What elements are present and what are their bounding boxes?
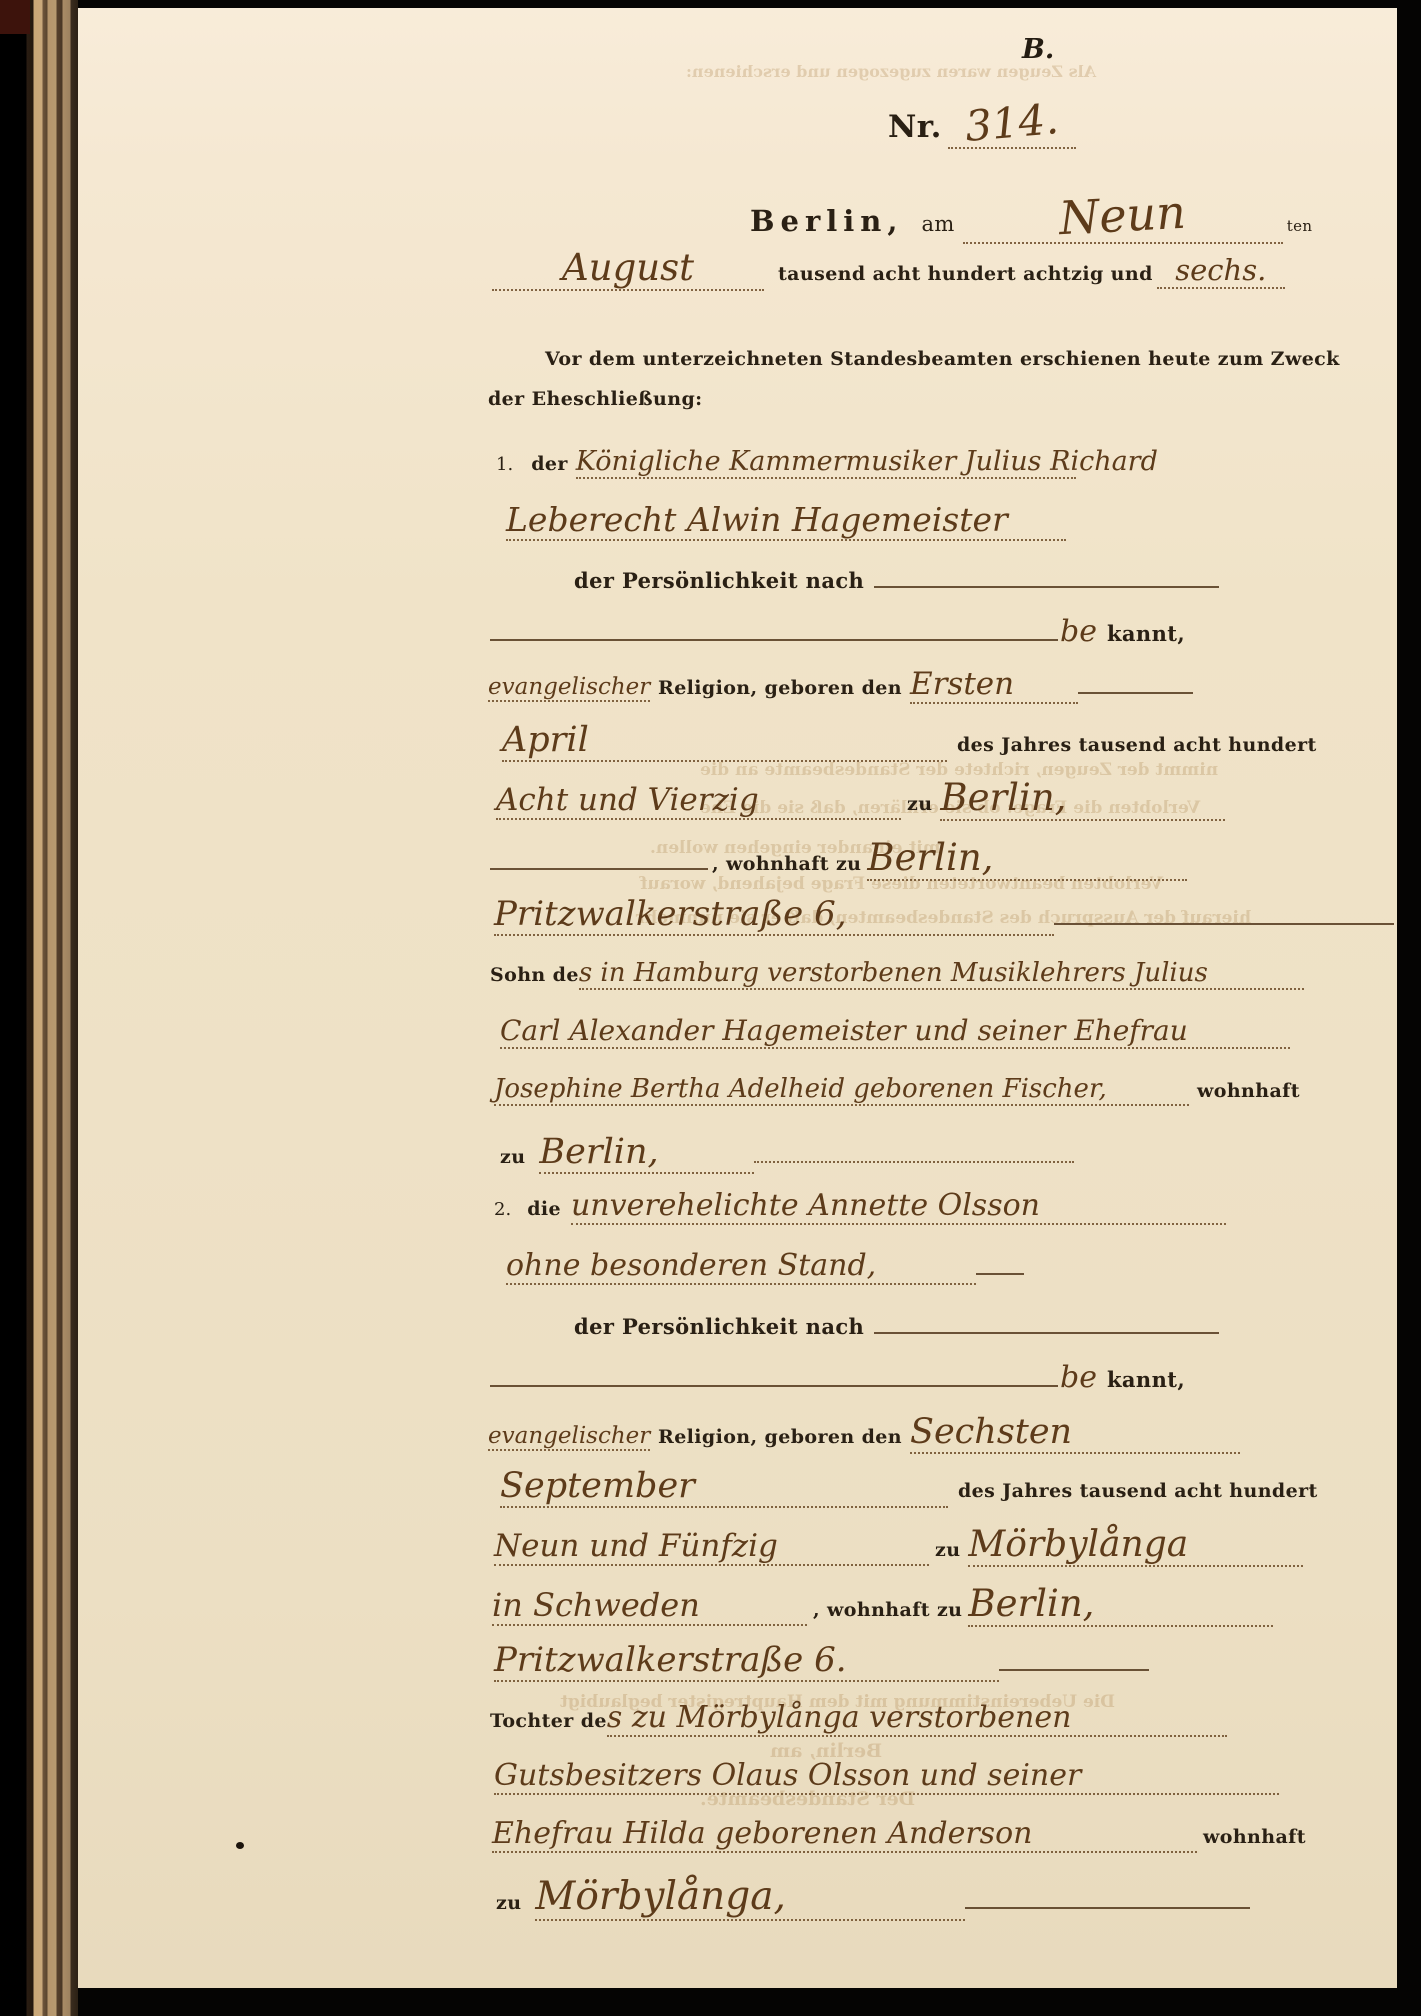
blank-line bbox=[1078, 691, 1193, 694]
blank-line bbox=[490, 638, 1058, 641]
month-value: August bbox=[562, 246, 694, 289]
bride-street: Pritzwalkerstraße 6. bbox=[494, 1640, 847, 1680]
bride-parents2: Gutsbesitzers Olaus Olsson und seiner bbox=[494, 1758, 1081, 1793]
bride-names2-field: ohne besonderen Stand, bbox=[506, 1248, 976, 1285]
day-value: Neun bbox=[1058, 185, 1187, 246]
record-number-value: 314. bbox=[963, 94, 1060, 151]
groom-birth-place: Berlin, bbox=[940, 776, 1066, 819]
groom-birthmonth-field: April bbox=[502, 720, 947, 762]
groom-birth-day: Ersten bbox=[910, 666, 1014, 702]
record-number-row: Nr. 314. bbox=[888, 98, 1076, 149]
bride-birthday-field: Sechsten bbox=[910, 1412, 1240, 1454]
bride-parents3-field: Ehefrau Hilda geborenen Anderson bbox=[492, 1816, 1197, 1853]
bride-parents1-field: s zu Mörbylånga verstorbenen bbox=[607, 1700, 1227, 1737]
groom-parents1-field: s in Hamburg verstorbenen Musiklehrers J… bbox=[579, 958, 1304, 990]
bride-street-field: Pritzwalkerstraße 6. bbox=[494, 1640, 999, 1682]
groom-birthmonth-row: April des Jahres tausend acht hundert bbox=[502, 720, 1317, 762]
bride-parents-residence: Mörbylånga, bbox=[535, 1874, 786, 1919]
day-field: Neun bbox=[963, 188, 1283, 244]
groom-street-row: Pritzwalkerstraße 6, bbox=[494, 894, 1394, 936]
record-number-field: 314. bbox=[948, 98, 1076, 149]
bride-birthplace-field: Mörbylånga bbox=[968, 1524, 1303, 1567]
groom-religion-row: evangelischer Religion, geboren den Erst… bbox=[488, 666, 1193, 704]
bride-zu-label: zu bbox=[935, 1539, 960, 1561]
date-city-row: Berlin, am Neun ten bbox=[750, 188, 1312, 244]
groom-birthyear-field: Acht und Vierzig bbox=[496, 782, 901, 820]
groom-residence: Berlin, bbox=[867, 836, 993, 879]
bride-residence: Berlin, bbox=[968, 1582, 1094, 1625]
bride-religion-row: evangelischer Religion, geboren den Sech… bbox=[488, 1412, 1240, 1454]
groom-street: Pritzwalkerstraße 6, bbox=[494, 894, 847, 934]
bride-bekannt-row: be kannt, bbox=[490, 1360, 1185, 1395]
bride-identity-row: der Persönlichkeit nach bbox=[574, 1314, 1219, 1339]
groom-parents-row-2: Carl Alexander Hagemeister und seiner Eh… bbox=[500, 1014, 1290, 1049]
bride-zu2-label: zu bbox=[496, 1892, 521, 1914]
groom-names2-field: Leberecht Alwin Hagemeister bbox=[506, 500, 1066, 541]
groom-religion-label: Religion, geboren den bbox=[658, 677, 902, 699]
bride-religion-label: Religion, geboren den bbox=[658, 1426, 902, 1448]
month-field: August bbox=[492, 246, 764, 291]
groom-wohnhaft-label: , wohnhaft zu bbox=[712, 853, 861, 875]
bride-birth-month: September bbox=[500, 1466, 695, 1506]
bride-wohnhaft-label: , wohnhaft zu bbox=[813, 1599, 962, 1621]
groom-zu-label: zu bbox=[907, 793, 932, 815]
bride-birthyear-row: Neun und Fünfzig zu Mörbylånga bbox=[494, 1524, 1303, 1567]
year-value: sechs. bbox=[1175, 253, 1266, 287]
blank-line bbox=[999, 1668, 1149, 1671]
blank-line bbox=[754, 1160, 1074, 1163]
groom-article: der bbox=[531, 453, 568, 475]
groom-zu2-label: zu bbox=[500, 1146, 525, 1168]
groom-birthyear-row: Acht und Vierzig zu Berlin, bbox=[496, 776, 1225, 821]
groom-birthday-field: Ersten bbox=[910, 666, 1078, 704]
groom-index: 1. bbox=[496, 454, 513, 475]
groom-names2: Leberecht Alwin Hagemeister bbox=[506, 500, 1008, 539]
blank-line bbox=[490, 1384, 1058, 1387]
bride-birthmonth-row: September des Jahres tausend acht hunder… bbox=[500, 1466, 1318, 1508]
bride-article: die bbox=[527, 1198, 561, 1220]
city-label: Berlin, bbox=[750, 204, 903, 238]
day-suffix: ten bbox=[1287, 217, 1313, 235]
bride-parents-row-3: Ehefrau Hilda geborenen Anderson wohnhaf… bbox=[492, 1816, 1306, 1853]
groom-parents2: Carl Alexander Hagemeister und seiner Eh… bbox=[500, 1014, 1188, 1047]
groom-title-field: Königliche Kammermusiker Julius Richard bbox=[576, 446, 1076, 479]
groom-birthplace-field: Berlin, bbox=[940, 776, 1225, 821]
bride-title-names: unverehelichte Annette Olsson bbox=[571, 1188, 1040, 1223]
groom-identity-label: der Persönlichkeit nach bbox=[574, 568, 864, 593]
bride-street-row: Pritzwalkerstraße 6. bbox=[494, 1640, 1149, 1682]
book-spine-corner bbox=[0, 0, 30, 34]
am-label: am bbox=[921, 212, 954, 236]
groom-religion: evangelischer bbox=[488, 674, 650, 700]
bride-index: 2. bbox=[494, 1199, 511, 1220]
groom-parents-row-1: Sohn de s in Hamburg verstorbenen Musikl… bbox=[490, 958, 1304, 990]
groom-religion-field: evangelischer bbox=[488, 674, 650, 702]
groom-parents3-field: Josephine Bertha Adelheid geborenen Fisc… bbox=[494, 1074, 1189, 1106]
groom-year-label: des Jahres tausend acht hundert bbox=[957, 734, 1317, 756]
groom-be: be bbox=[1060, 614, 1097, 649]
bride-parents3: Ehefrau Hilda geborenen Anderson bbox=[492, 1816, 1032, 1851]
blank-line bbox=[976, 1272, 1024, 1275]
groom-kannt: kannt, bbox=[1107, 621, 1185, 646]
intro-text-1: Vor dem unterzeichneten Standesbeamten e… bbox=[545, 348, 1340, 370]
groom-bekannt-row: be kannt, bbox=[490, 614, 1185, 649]
bride-title-field: unverehelichte Annette Olsson bbox=[571, 1188, 1226, 1225]
groom-parents3: Josephine Bertha Adelheid geborenen Fisc… bbox=[494, 1074, 1107, 1104]
bride-name-row-2: ohne besonderen Stand, bbox=[506, 1248, 1024, 1285]
groom-identity-row: der Persönlichkeit nach bbox=[574, 568, 1219, 593]
groom-birth-month: April bbox=[502, 720, 589, 760]
year-field: sechs. bbox=[1157, 253, 1285, 289]
blank-line bbox=[874, 1331, 1219, 1334]
groom-parents-residence-field: Berlin, bbox=[539, 1132, 754, 1174]
bride-religion: evangelischer bbox=[488, 1423, 650, 1449]
intro-line-2: der Eheschließung: bbox=[488, 388, 703, 410]
paper bbox=[78, 8, 1397, 1988]
bride-wohnhaft2-label: wohnhaft bbox=[1203, 1826, 1306, 1848]
bride-birthmonth-field: September bbox=[500, 1466, 948, 1508]
blank-line bbox=[874, 585, 1219, 588]
bride-birth-year: Neun und Fünfzig bbox=[494, 1528, 778, 1564]
bride-daughter-label: Tochter de bbox=[490, 1710, 607, 1732]
ink-speck bbox=[236, 1842, 244, 1849]
record-number-label: Nr. bbox=[888, 109, 942, 145]
groom-parents1: s in Hamburg verstorbenen Musiklehrers J… bbox=[579, 958, 1208, 988]
bride-parents2-field: Gutsbesitzers Olaus Olsson und seiner bbox=[494, 1758, 1279, 1795]
bride-birthyear-field: Neun und Fünfzig bbox=[494, 1528, 929, 1566]
bride-religion-field: evangelischer bbox=[488, 1423, 650, 1451]
groom-street-field: Pritzwalkerstraße 6, bbox=[494, 894, 1054, 936]
groom-title-names: Königliche Kammermusiker Julius Richard bbox=[576, 446, 1158, 477]
bride-identity-label: der Persönlichkeit nach bbox=[574, 1314, 864, 1339]
groom-residence-row: , wohnhaft zu Berlin, bbox=[490, 836, 1187, 881]
groom-residence-field: Berlin, bbox=[867, 836, 1187, 881]
book-binding bbox=[0, 0, 78, 2016]
groom-parents2-field: Carl Alexander Hagemeister und seiner Eh… bbox=[500, 1014, 1290, 1049]
year-printed-label: tausend acht hundert achtzig und bbox=[778, 263, 1153, 285]
groom-birth-year: Acht und Vierzig bbox=[496, 782, 759, 818]
scanned-register-page: Als Zeugen waren zugezogen und erschiene… bbox=[0, 0, 1421, 2016]
bride-parents1: s zu Mörbylånga verstorbenen bbox=[607, 1700, 1072, 1735]
bride-birth-place: Mörbylånga bbox=[968, 1524, 1188, 1565]
bride-residence-row: in Schweden , wohnhaft zu Berlin, bbox=[492, 1582, 1273, 1627]
bride-parents-residence-field: Mörbylånga, bbox=[535, 1874, 965, 1921]
bride-be: be bbox=[1060, 1360, 1097, 1395]
bride-names2: ohne besonderen Stand, bbox=[506, 1248, 876, 1283]
intro-line-1: Vor dem unterzeichneten Standesbeamten e… bbox=[545, 348, 1340, 370]
groom-son-label: Sohn de bbox=[490, 964, 579, 986]
bride-residence-field: Berlin, bbox=[968, 1582, 1273, 1627]
blank-line bbox=[965, 1906, 1250, 1909]
bride-origin: in Schweden bbox=[492, 1586, 700, 1624]
blank-line bbox=[490, 867, 708, 870]
bride-birth-day: Sechsten bbox=[910, 1412, 1072, 1452]
page-corner-letter: B. bbox=[1022, 34, 1054, 65]
groom-name-row-1: 1. der Königliche Kammermusiker Julius R… bbox=[496, 446, 1076, 479]
bride-origin-field: in Schweden bbox=[492, 1586, 807, 1626]
bride-parents-row-1: Tochter de s zu Mörbylånga verstorbenen bbox=[490, 1700, 1227, 1737]
bride-name-row-1: 2. die unverehelichte Annette Olsson bbox=[494, 1188, 1226, 1225]
bride-kannt: kannt, bbox=[1107, 1367, 1185, 1392]
groom-name-row-2: Leberecht Alwin Hagemeister bbox=[506, 500, 1066, 541]
month-year-row: August tausend acht hundert achtzig und … bbox=[492, 246, 1285, 291]
bride-parents-residence-row: zu Mörbylånga, bbox=[496, 1874, 1250, 1921]
intro-text-2: der Eheschließung: bbox=[488, 388, 703, 410]
groom-parents-residence: Berlin, bbox=[539, 1132, 658, 1172]
bride-parents-row-2: Gutsbesitzers Olaus Olsson und seiner bbox=[494, 1758, 1279, 1795]
groom-parents-row-3: Josephine Bertha Adelheid geborenen Fisc… bbox=[494, 1074, 1300, 1106]
blank-line bbox=[1054, 922, 1394, 925]
groom-parents-residence-row: zu Berlin, bbox=[500, 1132, 1074, 1174]
bride-year-label: des Jahres tausend acht hundert bbox=[958, 1480, 1318, 1502]
groom-wohnhaft2-label: wohnhaft bbox=[1197, 1080, 1300, 1102]
